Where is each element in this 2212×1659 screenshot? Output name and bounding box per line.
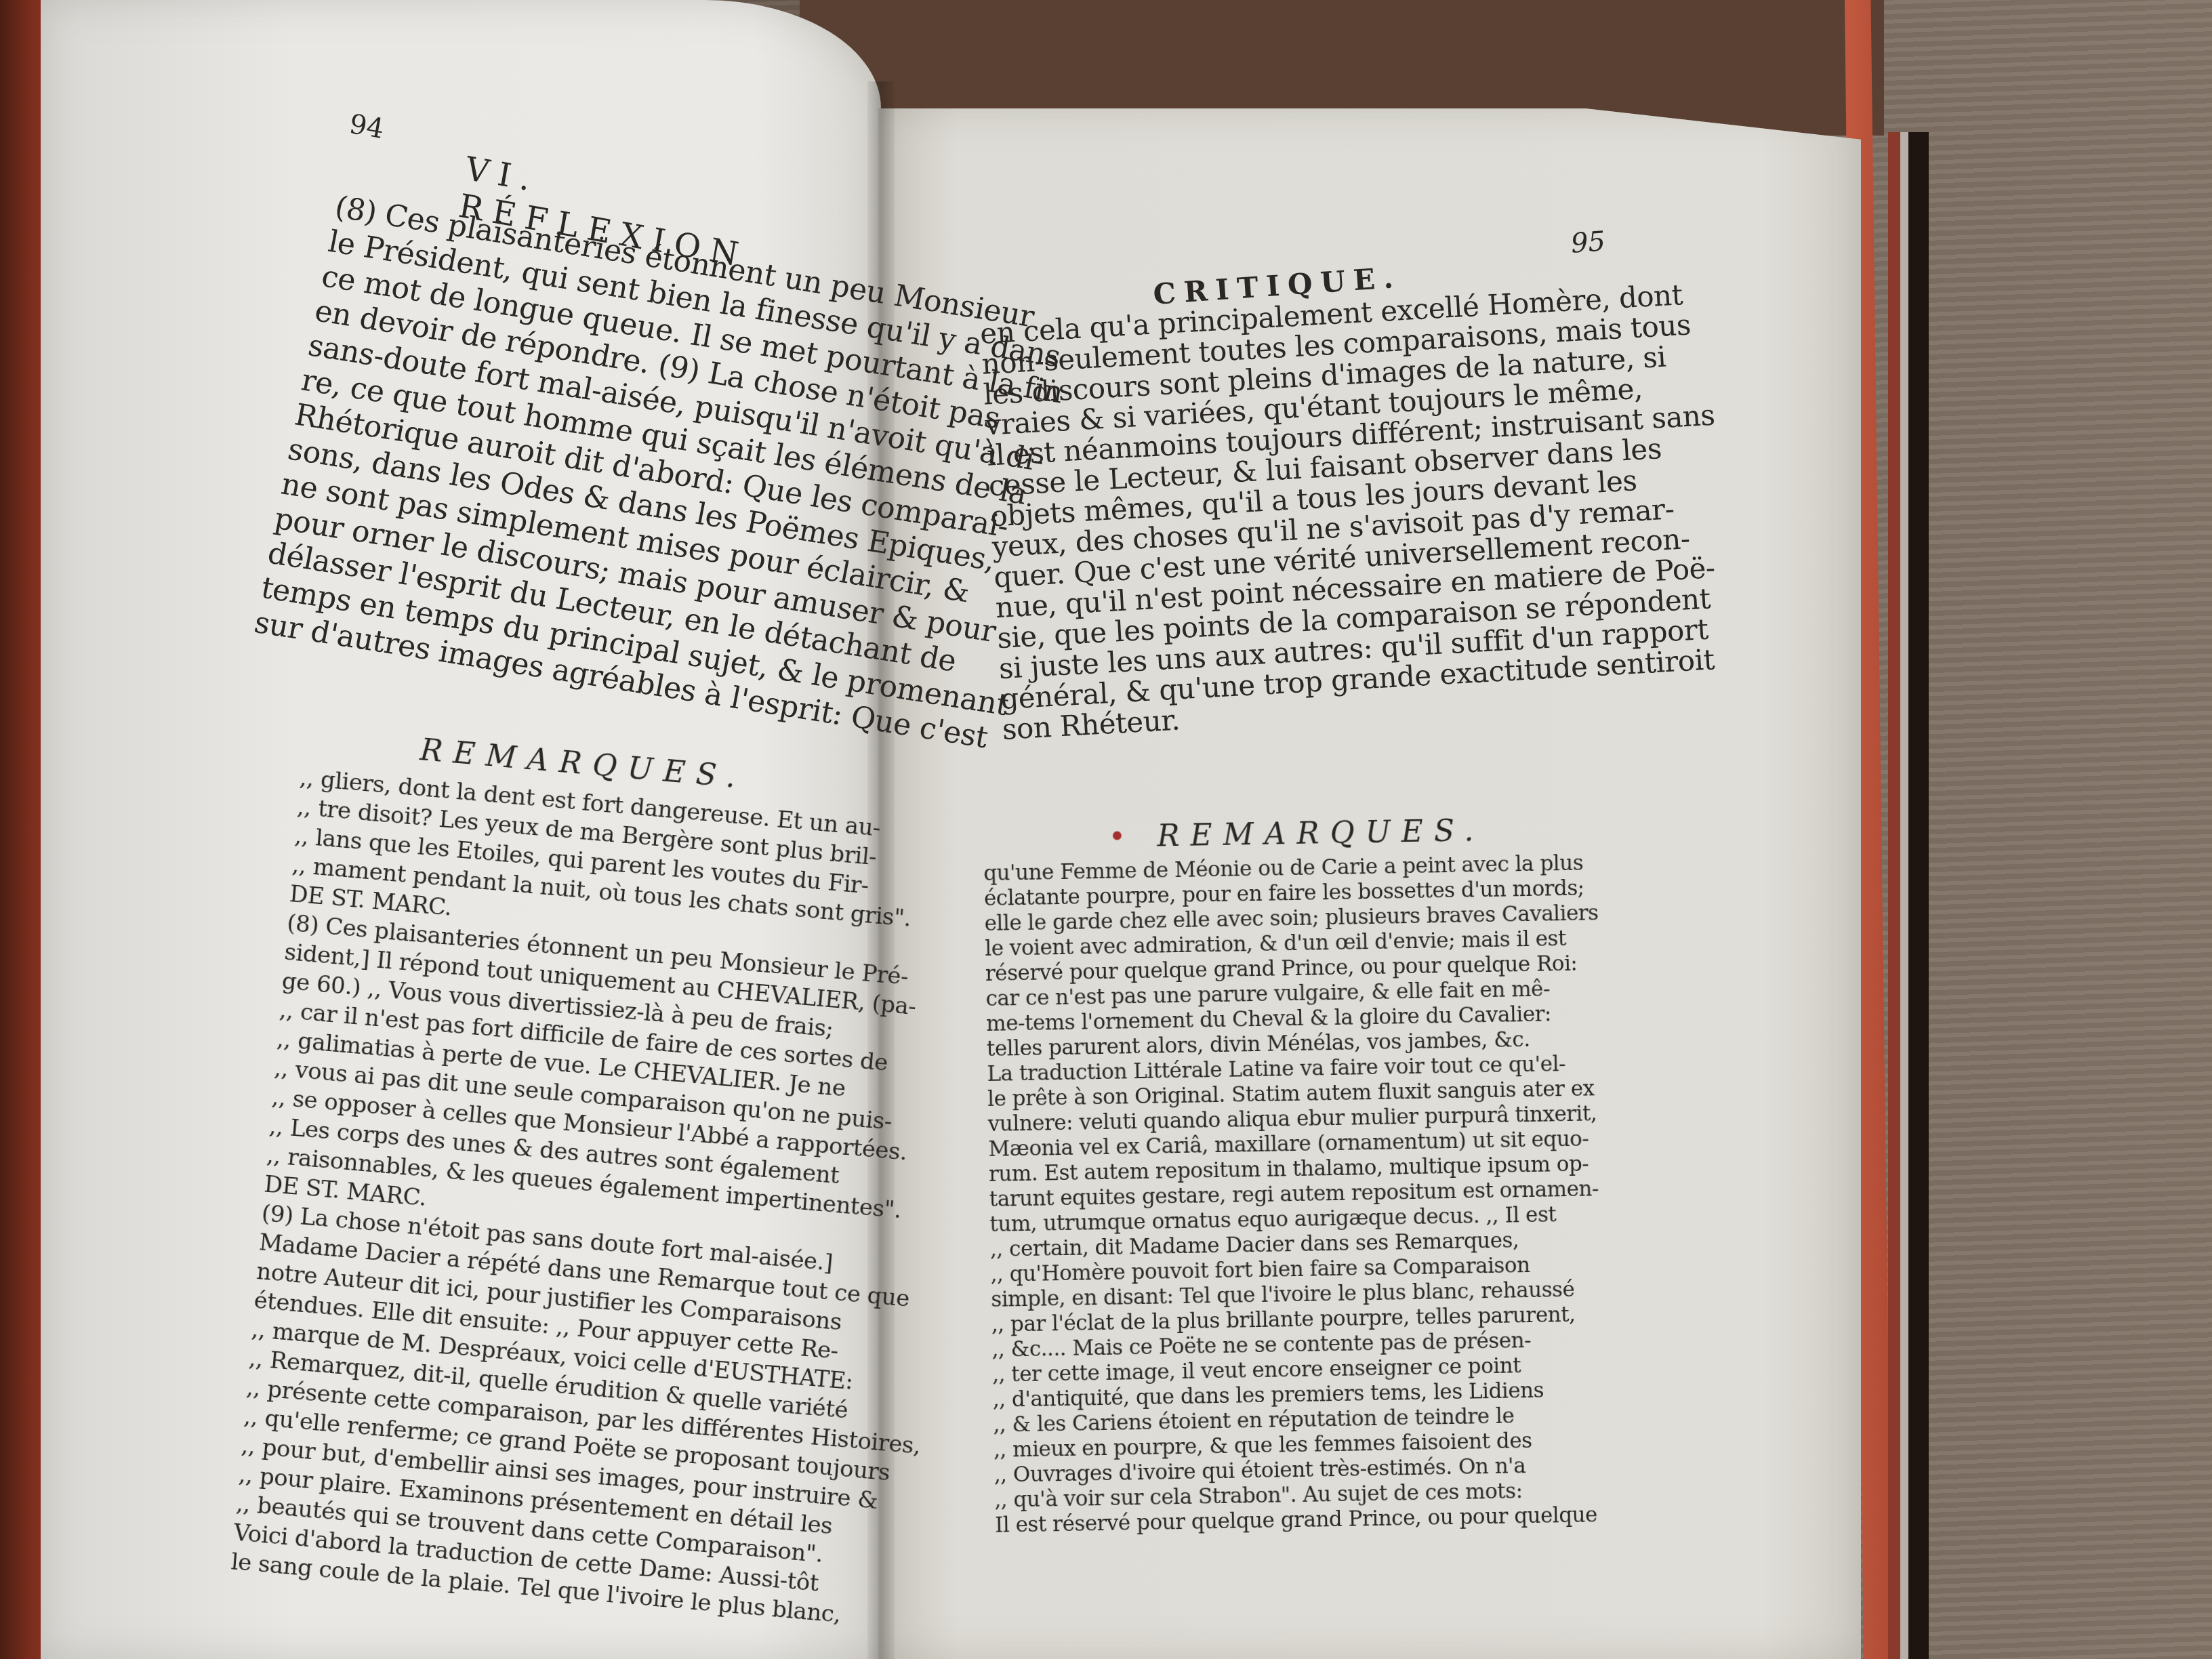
right-remarks-text: qu'une Femme de Méonie ou de Carie a pei…	[983, 851, 1622, 1538]
right-remarks: • REMARQUES. qu'une Femme de Méonie ou d…	[983, 809, 1622, 1538]
right-page-number: 95	[1570, 226, 1606, 259]
left-remarks: REMARQUES. ,, gliers, dont la dent est f…	[230, 718, 865, 1626]
left-page-number: 94	[347, 108, 386, 145]
right-remarks-heading-label: REMARQUES.	[1157, 813, 1485, 853]
left-main-text: (8) Ces plaisanteries étonnent un peu Mo…	[251, 190, 861, 722]
book-cover-board-right	[1888, 132, 1929, 1659]
right-main-text: en cela qu'a principalement excellé Homè…	[979, 284, 1626, 745]
ornament-icon: •	[1108, 819, 1137, 855]
right-remarks-heading: • REMARQUES.	[983, 816, 1610, 852]
left-remarks-text: ,, gliers, dont la dent est fort dangere…	[230, 764, 861, 1626]
